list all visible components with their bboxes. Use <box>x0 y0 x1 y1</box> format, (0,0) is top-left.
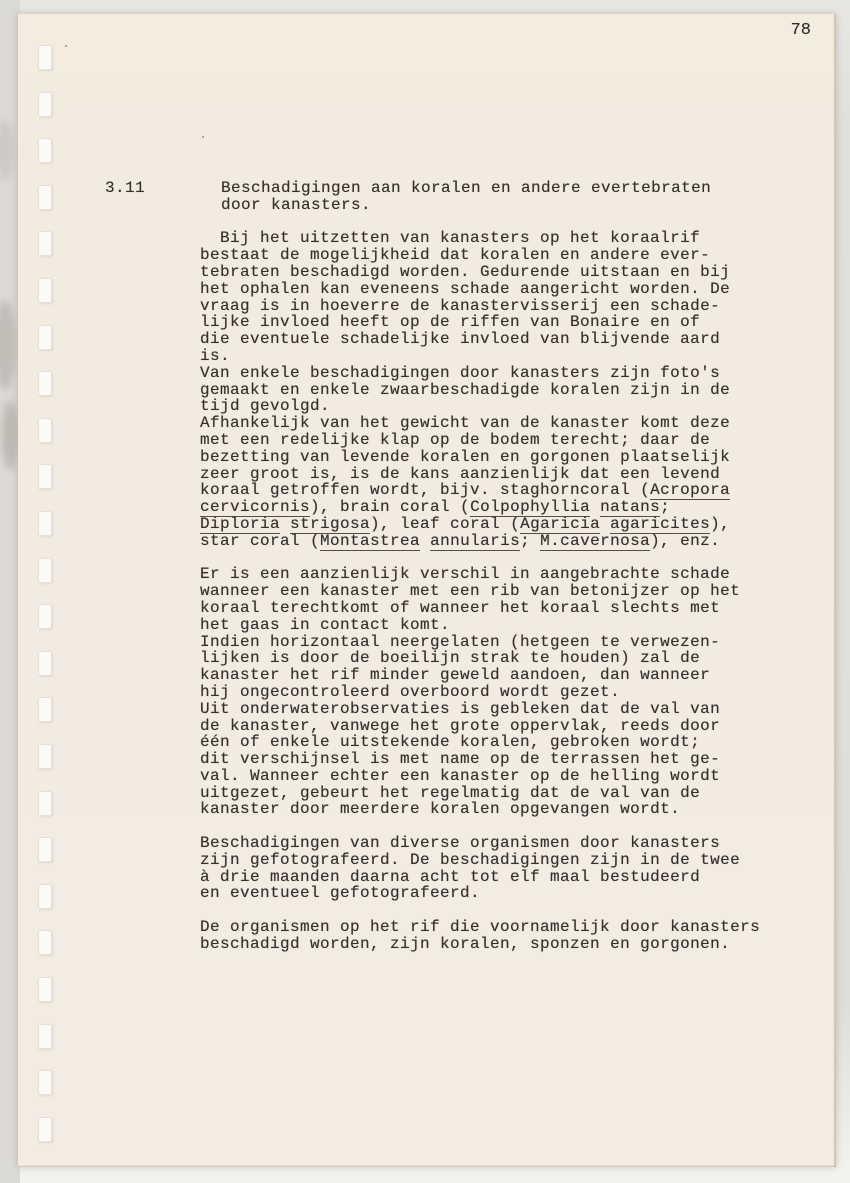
text-segment <box>420 532 430 550</box>
text-segment: ; <box>520 532 540 550</box>
species-name-underlined: M.cavernosa <box>540 532 650 551</box>
scan-edge-strip <box>0 0 20 1183</box>
document-page: 78 3.11 Beschadigingen aan koralen en an… <box>18 14 836 1167</box>
text-line: Afhankelijk van het gewicht van de kanas… <box>200 415 800 432</box>
binding-hole <box>38 837 52 862</box>
binding-hole <box>38 278 52 303</box>
binding-hole <box>38 558 52 583</box>
text-line: De organismen op het rif die voornamelij… <box>200 919 800 936</box>
binding-hole <box>38 92 52 117</box>
text-line: vraag is in hoeverre de kanastervisserij… <box>200 298 800 315</box>
scan-smudge <box>2 400 18 470</box>
binding-hole <box>38 511 52 536</box>
text-line: uitgezet, gebeurt het regelmatig dat de … <box>200 785 800 802</box>
scan-speck <box>65 45 67 47</box>
paragraph-1: Bij het uitzetten van kanasters op het k… <box>200 230 800 549</box>
text-line: die eventuele schadelijke invloed van bl… <box>200 331 800 348</box>
binding-hole <box>38 1070 52 1095</box>
text-line: Er is een aanzienlijk verschil in aangeb… <box>200 566 800 583</box>
scan-background: { "colors": { "paper": "#f1ebe1", "ink":… <box>0 0 850 1183</box>
binding-hole <box>38 884 52 909</box>
text-line: en eventueel gefotografeerd. <box>200 885 800 902</box>
page-number: 78 <box>791 16 811 46</box>
paragraph-4: De organismen op het rif die voornamelij… <box>200 919 800 953</box>
text-line: de kanaster, vanwege het grote oppervlak… <box>200 718 800 735</box>
paragraph-3: Beschadigingen van diverse organismen do… <box>200 835 800 902</box>
text-segment <box>590 498 600 516</box>
document-text: Beschadigingen aan koralen en andere eve… <box>200 180 800 953</box>
text-line: Beschadigingen aan koralen en andere eve… <box>221 180 800 197</box>
text-segment <box>600 515 610 533</box>
binding-hole <box>38 325 52 350</box>
text-segment: star coral ( <box>200 532 320 550</box>
binding-hole <box>38 604 52 629</box>
text-line: à drie maanden daarna acht tot elf maal … <box>200 869 800 886</box>
text-line: kanaster het rif minder geweld aandoen, … <box>200 667 800 684</box>
binding-hole <box>38 744 52 769</box>
scan-speck <box>202 136 204 138</box>
text-line: Indien horizontaal neergelaten (hetgeen … <box>200 634 800 651</box>
text-segment: ), brain coral ( <box>310 498 470 516</box>
binding-hole <box>38 464 52 489</box>
binding-hole <box>38 697 52 722</box>
text-line: hij ongecontroleerd overboord wordt geze… <box>200 684 800 701</box>
text-line: één of enkele uitstekende koralen, gebro… <box>200 734 800 751</box>
species-name-underlined: annularis <box>430 532 520 551</box>
text-line: tijd gevolgd. <box>200 398 800 415</box>
text-line: cervicornis), brain coral (Colpophyllia … <box>200 499 800 516</box>
binding-hole <box>38 231 52 256</box>
text-line: Diploria strigosa), leaf coral (Agaricia… <box>200 516 800 533</box>
binding-hole <box>38 791 52 816</box>
text-line: beschadigd worden, zijn koralen, sponzen… <box>200 936 800 953</box>
text-line: het ophalen kan eveneens schade aangeric… <box>200 281 800 298</box>
paragraph-2: Er is een aanzienlijk verschil in aangeb… <box>200 566 800 818</box>
binding-hole <box>38 138 52 163</box>
binding-hole <box>38 45 52 70</box>
text-line: met een redelijke klap op de bodem terec… <box>200 432 800 449</box>
binding-hole <box>38 977 52 1002</box>
text-line: bezetting van levende koralen en gorgone… <box>200 449 800 466</box>
section-heading: Beschadigingen aan koralen en andere eve… <box>221 180 800 214</box>
text-line: lijke invloed heeft op de riffen van Bon… <box>200 314 800 331</box>
text-line: door kanasters. <box>221 197 800 214</box>
text-segment: ), <box>710 515 730 533</box>
scan-smudge <box>0 120 14 180</box>
text-line: zeer groot is, is de kans aanzienlijk da… <box>200 466 800 483</box>
text-segment: ), enz. <box>650 532 720 550</box>
text-line: Beschadigingen van diverse organismen do… <box>200 835 800 852</box>
text-segment: koraal getroffen wordt, bijv. staghornco… <box>200 481 650 499</box>
text-segment <box>280 515 290 533</box>
binding-hole <box>38 185 52 210</box>
binding-hole <box>38 1117 52 1142</box>
text-line: koraal getroffen wordt, bijv. staghornco… <box>200 482 800 499</box>
binding-hole <box>38 1024 52 1049</box>
binding-hole <box>38 371 52 396</box>
scan-smudge <box>0 300 16 390</box>
text-segment: ; <box>660 498 670 516</box>
text-segment: ), leaf coral ( <box>370 515 520 533</box>
text-line: Bij het uitzetten van kanasters op het k… <box>200 230 800 247</box>
binding-hole <box>38 930 52 955</box>
text-line: koraal terechtkomt of wanneer het koraal… <box>200 600 800 617</box>
text-line: tebraten beschadigd worden. Gedurende ui… <box>200 264 800 281</box>
species-name-underlined: Montastrea <box>320 532 420 551</box>
text-line: dit verschijnsel is met name op de terra… <box>200 751 800 768</box>
text-line: is. <box>200 348 800 365</box>
binding-hole <box>38 418 52 443</box>
text-line: zijn gefotografeerd. De beschadigingen z… <box>200 852 800 869</box>
text-line: bestaat de mogelijkheid dat koralen en a… <box>200 247 800 264</box>
text-line: star coral (Montastrea annularis; M.cave… <box>200 533 800 550</box>
text-line: wanneer een kanaster met een rib van bet… <box>200 583 800 600</box>
text-line: Van enkele beschadigingen door kanasters… <box>200 365 800 382</box>
text-line: het gaas in contact komt. <box>200 617 800 634</box>
text-line: gemaakt en enkele zwaarbeschadigde koral… <box>200 382 800 399</box>
text-line: kanaster door meerdere koralen opgevange… <box>200 801 800 818</box>
binding-hole <box>38 651 52 676</box>
text-line: val. Wanneer echter een kanaster op de h… <box>200 768 800 785</box>
text-line: Uit onderwaterobservaties is gebleken da… <box>200 701 800 718</box>
section-number: 3.11 <box>105 180 145 197</box>
text-line: lijken is door de boeilijn strak te houd… <box>200 650 800 667</box>
